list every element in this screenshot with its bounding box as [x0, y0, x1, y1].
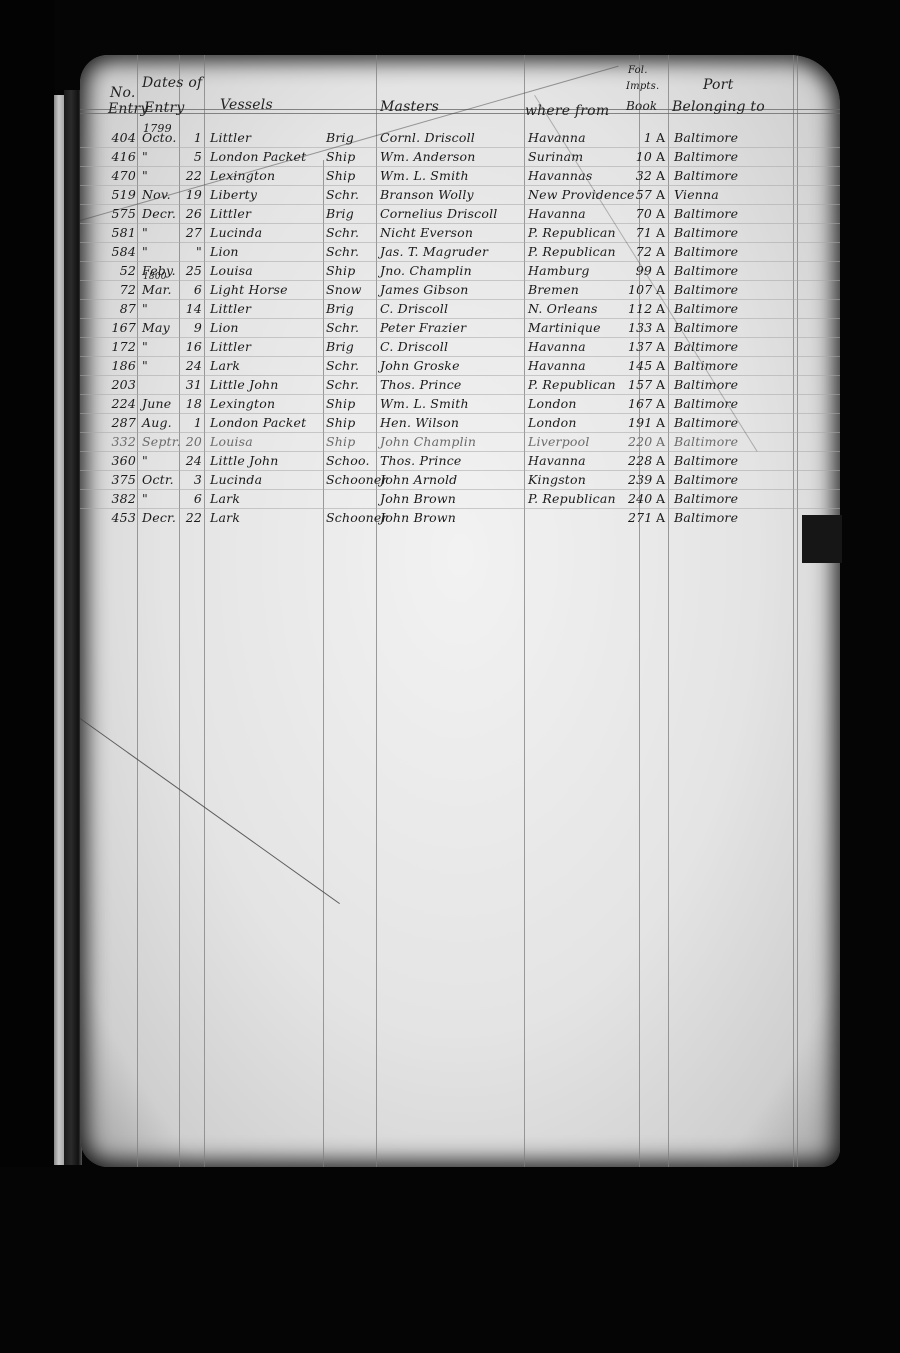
- entry-number: 224: [100, 396, 136, 411]
- folio-number: 239: [628, 472, 652, 487]
- port-mark: A: [656, 320, 665, 335]
- port-mark: A: [656, 282, 665, 297]
- entry-number: 416: [100, 149, 136, 164]
- folio-number: 167: [628, 396, 652, 411]
- entry-month: Nov.: [142, 187, 171, 202]
- entry-number: 332: [100, 434, 136, 449]
- vessel-name: Little John: [210, 377, 279, 392]
- entry-day: 16: [182, 339, 202, 354]
- entry-number: 575: [100, 206, 136, 221]
- header-book: Book: [626, 99, 657, 113]
- master-name: James Gibson: [380, 282, 468, 297]
- master-name: Thos. Prince: [380, 453, 462, 468]
- header-port: Port: [703, 77, 733, 93]
- folio-number: 145: [628, 358, 652, 373]
- port-belonging: Baltimore: [674, 320, 738, 335]
- entry-number: 375: [100, 472, 136, 487]
- entry-day: 22: [182, 510, 202, 525]
- entry-day: 27: [182, 225, 202, 240]
- vessel-rig: Schr.: [326, 225, 359, 240]
- port-mark: A: [656, 301, 665, 316]
- header-masters: Masters: [380, 99, 439, 115]
- port-belonging: Baltimore: [674, 339, 738, 354]
- port-mark: A: [656, 434, 665, 449]
- ledger-row: 186 " 24 Lark Schr. John Groske Havanna …: [80, 358, 840, 377]
- header-vessels: Vessels: [220, 97, 273, 113]
- folio-number: 228: [628, 453, 652, 468]
- master-name: John Groske: [380, 358, 460, 373]
- folio-number: 71: [628, 225, 652, 240]
- master-name: John Brown: [380, 491, 456, 506]
- port-mark: A: [656, 168, 665, 183]
- header-folio: Fol.: [628, 65, 648, 76]
- port-mark: A: [656, 149, 665, 164]
- ledger-row: 404 Octo. 1 Littler Brig Cornl. Driscoll…: [80, 130, 840, 149]
- master-name: Cornelius Driscoll: [380, 206, 497, 221]
- entry-number: 172: [100, 339, 136, 354]
- where-from: Havanna: [528, 358, 586, 373]
- master-name: Wm. L. Smith: [380, 396, 469, 411]
- scan-background: [0, 1167, 900, 1353]
- where-from: Martinique: [528, 320, 601, 335]
- master-name: Jno. Champlin: [380, 263, 472, 278]
- entry-month: ": [142, 358, 148, 373]
- vessel-rig: Schr.: [326, 358, 359, 373]
- header-no: No.: [110, 85, 135, 101]
- entry-day: 26: [182, 206, 202, 221]
- entry-day: 18: [182, 396, 202, 411]
- vessel-rig: Ship: [326, 168, 355, 183]
- entry-day: 1: [182, 415, 202, 430]
- master-name: C. Driscoll: [380, 301, 448, 316]
- port-mark: A: [656, 263, 665, 278]
- vessel-rig: Snow: [326, 282, 362, 297]
- folio-number: 133: [628, 320, 652, 335]
- port-belonging: Baltimore: [674, 453, 738, 468]
- ledger-row: 519 Nov. 19 Liberty Schr. Branson Wolly …: [80, 187, 840, 206]
- diagonal-stroke: [80, 700, 340, 904]
- master-name: Peter Frazier: [380, 320, 466, 335]
- entry-day: ": [182, 244, 202, 259]
- ledger-row: 584 " " Lion Schr. Jas. T. Magruder P. R…: [80, 244, 840, 263]
- ledger-row: 72 Mar. 6 Light Horse Snow James Gibson …: [80, 282, 840, 301]
- entry-day: 6: [182, 491, 202, 506]
- vessel-name: Lucinda: [210, 225, 262, 240]
- entry-day: 3: [182, 472, 202, 487]
- ledger-row: 332 Septr. 20 Louisa Ship John Champlin …: [80, 434, 840, 453]
- entry-number: 404: [100, 130, 136, 145]
- ledger-page: No. Entry Dates of Entry Vessels Masters…: [80, 55, 840, 1167]
- folio-number: 112: [628, 301, 652, 316]
- entry-month: June: [142, 396, 171, 411]
- where-from: Havanna: [528, 453, 586, 468]
- port-belonging: Baltimore: [674, 301, 738, 316]
- vessel-name: Louisa: [210, 434, 253, 449]
- where-from: London: [528, 396, 577, 411]
- vessel-name: Lion: [210, 244, 239, 259]
- master-name: Thos. Prince: [380, 377, 462, 392]
- ledger-row: 360 " 24 Little John Schoo. Thos. Prince…: [80, 453, 840, 472]
- vessel-rig: Ship: [326, 396, 355, 411]
- entry-day: 31: [182, 377, 202, 392]
- port-mark: A: [656, 244, 665, 259]
- ledger-row: 416 " 5 London Packet Ship Wm. Anderson …: [80, 149, 840, 168]
- entry-day: 24: [182, 358, 202, 373]
- master-name: John Brown: [380, 510, 456, 525]
- port-belonging: Baltimore: [674, 510, 738, 525]
- vessel-name: Littler: [210, 130, 251, 145]
- port-mark: A: [656, 377, 665, 392]
- ledger-row: 224 June 18 Lexington Ship Wm. L. Smith …: [80, 396, 840, 415]
- master-name: Wm. Anderson: [380, 149, 476, 164]
- header-belonging-to: Belonging to: [672, 99, 765, 115]
- port-belonging: Baltimore: [674, 472, 738, 487]
- port-belonging: Baltimore: [674, 415, 738, 430]
- vessel-rig: Schr.: [326, 187, 359, 202]
- header-imports: Impts.: [626, 81, 659, 92]
- vessel-rig: Ship: [326, 263, 355, 278]
- where-from: Hamburg: [528, 263, 590, 278]
- port-belonging: Baltimore: [674, 225, 738, 240]
- entry-number: 581: [100, 225, 136, 240]
- entry-month: ": [142, 149, 148, 164]
- entry-month: Septr.: [142, 434, 181, 449]
- ledger-row: 287 Aug. 1 London Packet Ship Hen. Wilso…: [80, 415, 840, 434]
- master-name: Jas. T. Magruder: [380, 244, 488, 259]
- port-belonging: Baltimore: [674, 149, 738, 164]
- vessel-name: Lion: [210, 320, 239, 335]
- folio-number: 1: [628, 130, 652, 145]
- port-belonging: Baltimore: [674, 434, 738, 449]
- entry-day: 19: [182, 187, 202, 202]
- vessel-rig: Brig: [326, 130, 354, 145]
- port-mark: A: [656, 187, 665, 202]
- entry-month: ": [142, 491, 148, 506]
- where-from: New Providence: [528, 187, 635, 202]
- master-name: Nicht Everson: [380, 225, 473, 240]
- vessel-name: Lark: [210, 358, 240, 373]
- entry-number: 360: [100, 453, 136, 468]
- port-mark: A: [656, 510, 665, 525]
- vessel-rig: Brig: [326, 301, 354, 316]
- where-from: Liverpool: [528, 434, 590, 449]
- folio-number: 70: [628, 206, 652, 221]
- entry-month: ": [142, 244, 148, 259]
- vessel-name: Littler: [210, 339, 251, 354]
- port-mark: A: [656, 453, 665, 468]
- master-name: Hen. Wilson: [380, 415, 459, 430]
- port-belonging: Baltimore: [674, 377, 738, 392]
- vessel-name: Louisa: [210, 263, 253, 278]
- entry-month: ": [142, 339, 148, 354]
- port-belonging: Baltimore: [674, 282, 738, 297]
- port-mark: A: [656, 339, 665, 354]
- folio-number: 137: [628, 339, 652, 354]
- vessel-name: London Packet: [210, 415, 306, 430]
- port-belonging: Baltimore: [674, 244, 738, 259]
- ledger-row: 172 " 16 Littler Brig C. Driscoll Havann…: [80, 339, 840, 358]
- ledger-row: 87 " 14 Littler Brig C. Driscoll N. Orle…: [80, 301, 840, 320]
- entry-month: ": [142, 168, 148, 183]
- entry-month: Mar.: [142, 282, 172, 297]
- vessel-name: Lucinda: [210, 472, 262, 487]
- port-mark: A: [656, 415, 665, 430]
- header-no-entry: Entry: [108, 101, 148, 117]
- port-belonging: Baltimore: [674, 358, 738, 373]
- port-mark: A: [656, 358, 665, 373]
- where-from: Havanna: [528, 130, 586, 145]
- binding-shadow: [0, 0, 55, 1353]
- master-name: Cornl. Driscoll: [380, 130, 475, 145]
- folio-number: 107: [628, 282, 652, 297]
- vessel-name: Littler: [210, 206, 251, 221]
- entry-day: 9: [182, 320, 202, 335]
- folio-number: 191: [628, 415, 652, 430]
- entry-day: 24: [182, 453, 202, 468]
- folio-number: 57: [628, 187, 652, 202]
- entry-number: 584: [100, 244, 136, 259]
- entry-month: Feby.: [142, 263, 176, 278]
- where-from: Havanna: [528, 206, 586, 221]
- where-from: Havannas: [528, 168, 592, 183]
- entry-day: 1: [182, 130, 202, 145]
- vessel-rig: Ship: [326, 415, 355, 430]
- where-from: P. Republican: [528, 225, 616, 240]
- entry-day: 22: [182, 168, 202, 183]
- ledger-row: 581 " 27 Lucinda Schr. Nicht Everson P. …: [80, 225, 840, 244]
- entry-number: 470: [100, 168, 136, 183]
- port-belonging: Baltimore: [674, 396, 738, 411]
- where-from: Havanna: [528, 339, 586, 354]
- ledger-row: 382 " 6 Lark John Brown P. Republican 24…: [80, 491, 840, 510]
- page-tab: [802, 515, 842, 563]
- port-belonging: Baltimore: [674, 206, 738, 221]
- entry-month: Decr.: [142, 206, 176, 221]
- vessel-rig: Schoo.: [326, 453, 370, 468]
- header-date-entry: Entry: [144, 100, 184, 116]
- port-mark: A: [656, 130, 665, 145]
- vessel-rig: Schr.: [326, 320, 359, 335]
- folio-number: 32: [628, 168, 652, 183]
- entry-day: 5: [182, 149, 202, 164]
- vessel-rig: Schooner: [326, 510, 388, 525]
- vessel-name: Little John: [210, 453, 279, 468]
- entry-number: 287: [100, 415, 136, 430]
- vessel-rig: Brig: [326, 339, 354, 354]
- vessel-name: Lexington: [210, 168, 275, 183]
- entry-number: 203: [100, 377, 136, 392]
- entry-month: Aug.: [142, 415, 172, 430]
- entry-month: ": [142, 453, 148, 468]
- ledger-row: 375 Octr. 3 Lucinda Schooner John Arnold…: [80, 472, 840, 491]
- where-from: Surinam: [528, 149, 583, 164]
- ledger-row: 453 Decr. 22 Lark Schooner John Brown 27…: [80, 510, 840, 529]
- where-from: London: [528, 415, 577, 430]
- entry-day: 20: [182, 434, 202, 449]
- ledger-row: 203 31 Little John Schr. Thos. Prince P.…: [80, 377, 840, 396]
- vessel-name: Light Horse: [210, 282, 288, 297]
- entry-day: 6: [182, 282, 202, 297]
- folio-number: 271: [628, 510, 652, 525]
- port-belonging: Vienna: [674, 187, 719, 202]
- ledger-row: 575 Decr. 26 Littler Brig Cornelius Dris…: [80, 206, 840, 225]
- vessel-name: Lark: [210, 491, 240, 506]
- vessel-rig: Ship: [326, 434, 355, 449]
- header-date: Dates of: [142, 75, 202, 91]
- vessel-rig: Ship: [326, 149, 355, 164]
- where-from: P. Republican: [528, 377, 616, 392]
- port-belonging: Baltimore: [674, 130, 738, 145]
- port-mark: A: [656, 206, 665, 221]
- folio-number: 240: [628, 491, 652, 506]
- port-mark: A: [656, 491, 665, 506]
- ledger-row: 470 " 22 Lexington Ship Wm. L. Smith Hav…: [80, 168, 840, 187]
- ledger-row: 167 May 9 Lion Schr. Peter Frazier Marti…: [80, 320, 840, 339]
- folio-number: 220: [628, 434, 652, 449]
- master-name: C. Driscoll: [380, 339, 448, 354]
- entry-number: 186: [100, 358, 136, 373]
- port-belonging: Baltimore: [674, 168, 738, 183]
- entry-number: 52: [100, 263, 136, 278]
- where-from: Bremen: [528, 282, 579, 297]
- folio-number: 72: [628, 244, 652, 259]
- entry-number: 167: [100, 320, 136, 335]
- entry-month: ": [142, 301, 148, 316]
- port-mark: A: [656, 472, 665, 487]
- entry-number: 382: [100, 491, 136, 506]
- port-mark: A: [656, 225, 665, 240]
- vessel-name: Lark: [210, 510, 240, 525]
- entry-month: May: [142, 320, 170, 335]
- folio-number: 157: [628, 377, 652, 392]
- master-name: Branson Wolly: [380, 187, 474, 202]
- vessel-name: Liberty: [210, 187, 257, 202]
- vessel-rig: Schooner: [326, 472, 388, 487]
- where-from: P. Republican: [528, 244, 616, 259]
- entry-number: 87: [100, 301, 136, 316]
- folio-number: 99: [628, 263, 652, 278]
- entry-month: Octo.: [142, 130, 177, 145]
- port-belonging: Baltimore: [674, 263, 738, 278]
- where-from: P. Republican: [528, 491, 616, 506]
- folio-number: 10: [628, 149, 652, 164]
- vessel-rig: Brig: [326, 206, 354, 221]
- master-name: John Champlin: [380, 434, 476, 449]
- entry-number: 72: [100, 282, 136, 297]
- entry-day: 14: [182, 301, 202, 316]
- entry-number: 453: [100, 510, 136, 525]
- entry-month: Decr.: [142, 510, 176, 525]
- vessel-name: Lexington: [210, 396, 275, 411]
- where-from: Kingston: [528, 472, 586, 487]
- entry-number: 519: [100, 187, 136, 202]
- vessel-name: London Packet: [210, 149, 306, 164]
- entry-month: Octr.: [142, 472, 174, 487]
- where-from: N. Orleans: [528, 301, 598, 316]
- master-name: Wm. L. Smith: [380, 168, 469, 183]
- ledger-row: 52 Feby. 25 Louisa Ship Jno. Champlin Ha…: [80, 263, 840, 282]
- vessel-name: Littler: [210, 301, 251, 316]
- entry-month: ": [142, 225, 148, 240]
- port-belonging: Baltimore: [674, 491, 738, 506]
- header-where-from: where from: [525, 103, 609, 119]
- vessel-rig: Schr.: [326, 377, 359, 392]
- entry-day: 25: [182, 263, 202, 278]
- master-name: John Arnold: [380, 472, 457, 487]
- port-mark: A: [656, 396, 665, 411]
- vessel-rig: Schr.: [326, 244, 359, 259]
